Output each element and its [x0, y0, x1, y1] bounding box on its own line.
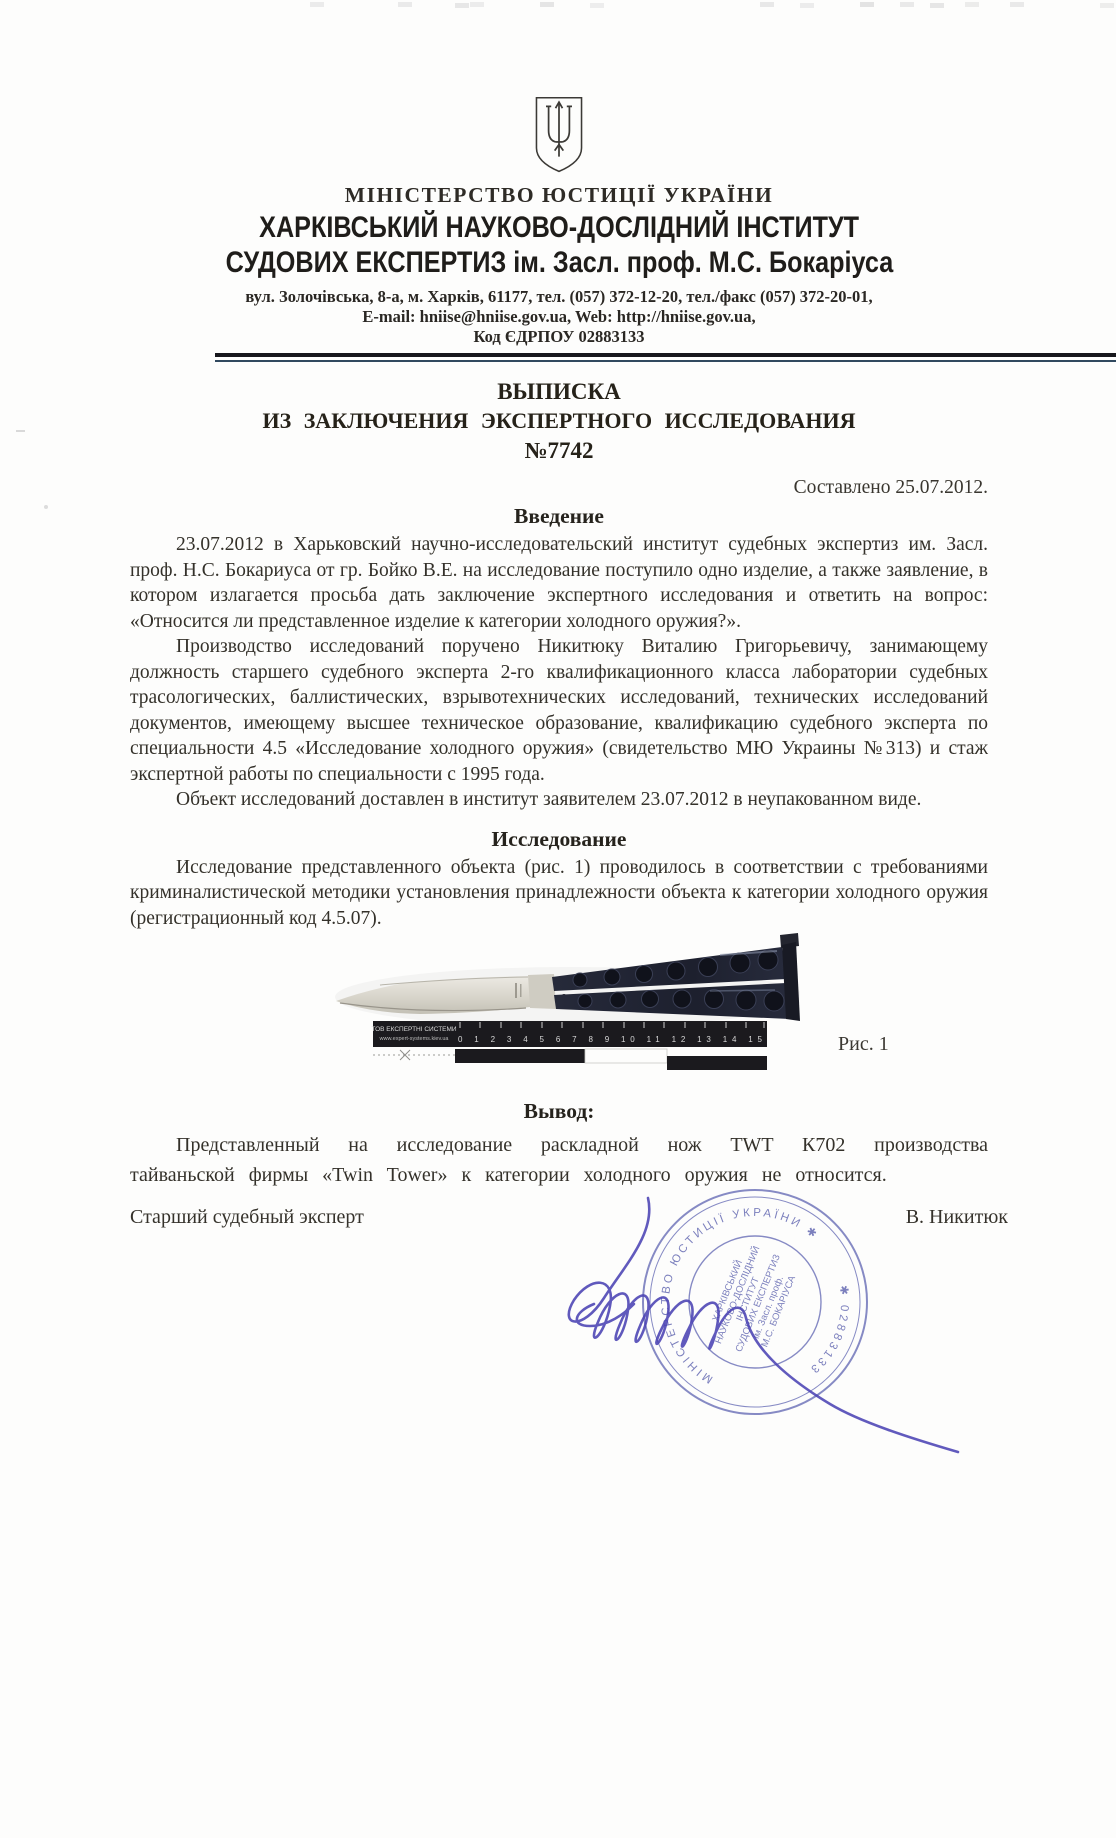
expert-name: В. Никитюк: [906, 1206, 1008, 1229]
scan-artifact: [310, 2, 324, 7]
section-heading-conclusion: Вывод:: [130, 1099, 988, 1124]
ruler-brand-line2: www.expert-systems.kiev.ua: [379, 1036, 450, 1042]
contacts-line: E-mail: hniise@hniise.gov.ua, Web: http:…: [130, 307, 988, 327]
svg-text:ім. Засл. проф.: ім. Засл. проф.: [751, 1274, 786, 1340]
expert-role: Старший судебный эксперт: [130, 1206, 364, 1229]
institute-name-line1: ХАРКІВСЬКИЙ НАУКОВО-ДОСЛІДНИЙ ІНСТИТУТ: [259, 212, 859, 243]
svg-text:НАУКОВО-ДОСЛІДНИЙ: НАУКОВО-ДОСЛІДНИЙ: [712, 1244, 762, 1345]
scan-artifact: [44, 505, 48, 509]
svg-text:ІНСТИТУТ: ІНСТИТУТ: [734, 1275, 762, 1322]
forensic-ruler: ТОВ ЕКСПЕРТНІ СИСТЕМИ www.expert-systems…: [371, 1021, 767, 1047]
ministry-title: МІНІСТЕРСТВО ЮСТИЦІЇ УКРАЇНИ: [130, 183, 988, 208]
svg-text:ХАРКІВСЬКИЙ: ХАРКІВСЬКИЙ: [709, 1258, 745, 1323]
blade-etching: [515, 983, 517, 998]
ruler-brand-line1: ТОВ ЕКСПЕРТНІ СИСТЕМИ: [371, 1026, 457, 1033]
section-heading-research: Исследование: [130, 827, 988, 852]
composed-date: Составлено 25.07.2012.: [130, 477, 988, 499]
doc-title-line1: ВЫПИСКА: [130, 379, 988, 405]
conclusion-section: Вывод: Представленный на исследование ра…: [130, 1099, 988, 1190]
svg-text:М.С. БОКАРІУСА: М.С. БОКАРІУСА: [759, 1274, 798, 1349]
figure-caption: Рис. 1: [838, 1033, 889, 1056]
intro-paragraph-2: Производство исследований поручено Никит…: [130, 634, 988, 787]
doc-title-line2: ИЗ ЗАКЛЮЧЕНИЯ ЭКСПЕРТНОГО ИССЛЕДОВАНИЯ: [130, 408, 988, 434]
conclusion-paragraph-1: Представленный на исследование раскладно…: [130, 1130, 988, 1190]
signoff-row: Старший судебный эксперт В. Никитюк: [130, 1206, 988, 1238]
institute-name-line2: СУДОВИХ ЕКСПЕРТИЗ ім. Засл. проф. М.С. Б…: [225, 247, 893, 278]
svg-text:✱ 02883133: ✱ 02883133: [806, 1285, 850, 1377]
header-separator-rule: [215, 353, 1116, 362]
figure-knife-photo: ТОВ ЕКСПЕРТНІ СИСТЕМИ www.expert-systems…: [130, 933, 988, 1085]
section-heading-introduction: Введение: [130, 504, 988, 529]
intro-paragraph-1: 23.07.2012 в Харьковский научно-исследов…: [130, 532, 988, 634]
scanned-document-page: МІНІСТЕРСТВО ЮСТИЦІЇ УКРАЇНИ ХАРКІВСЬКИЙ…: [0, 0, 1116, 1838]
address-line: вул. Золочівська, 8-а, м. Харків, 61177,…: [130, 287, 988, 307]
stamp-inner-text: ХАРКІВСЬКИЙ НАУКОВО-ДОСЛІДНИЙ ІНСТИТУТ С…: [702, 1240, 803, 1362]
knife-image: ТОВ ЕКСПЕРТНІ СИСТЕМИ www.expert-systems…: [330, 933, 800, 1075]
research-paragraph-1: Исследование представленного объекта (ри…: [130, 855, 988, 932]
photo-scale-bars: [373, 1049, 767, 1070]
intro-paragraph-3: Объект исследований доставлен в институт…: [130, 787, 988, 813]
doc-title-number: №7742: [130, 438, 988, 464]
scan-artifact: [16, 430, 25, 432]
stamp-ring-code: ✱ 02883133: [806, 1285, 850, 1377]
ukraine-trident-icon: [528, 96, 590, 174]
document-content: МІНІСТЕРСТВО ЮСТИЦІЇ УКРАЇНИ ХАРКІВСЬКИЙ…: [0, 96, 1116, 1238]
knife-blade: [336, 976, 530, 1014]
blade-etching: [520, 984, 522, 997]
knife-handles: [552, 933, 800, 1021]
svg-text:СУДОВИХ ЕКСПЕРТИЗ: СУДОВИХ ЕКСПЕРТИЗ: [734, 1253, 783, 1354]
edrpou-line: Код ЄДРПОУ 02883133: [130, 327, 988, 347]
